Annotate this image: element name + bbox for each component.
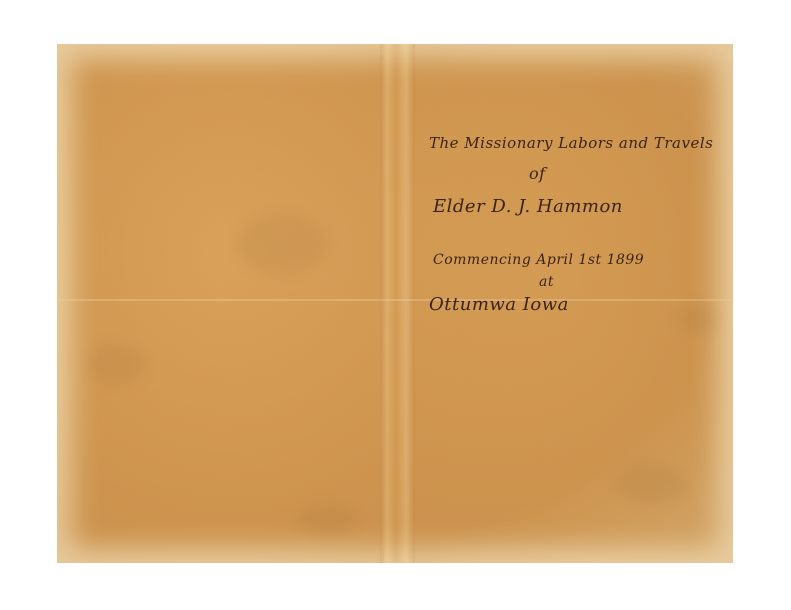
inscription-title: The Missionary Labors and Travels [429, 134, 713, 152]
inscription-place: Ottumwa Iowa [429, 294, 569, 315]
inscription-date: Commencing April 1st 1899 [433, 252, 644, 268]
left-leaf [57, 44, 380, 563]
stain [297, 504, 357, 534]
inscription-of: of [529, 164, 546, 183]
inscription-at: at [539, 274, 554, 290]
horizontal-fold [57, 299, 733, 301]
document-page: The Missionary Labors and Travels of Eld… [57, 44, 733, 563]
stain [87, 344, 147, 384]
inscription-name: Elder D. J. Hammon [433, 196, 623, 217]
stain [237, 214, 327, 274]
stain [617, 464, 687, 504]
stain [677, 304, 717, 334]
spine-fold [380, 44, 415, 563]
